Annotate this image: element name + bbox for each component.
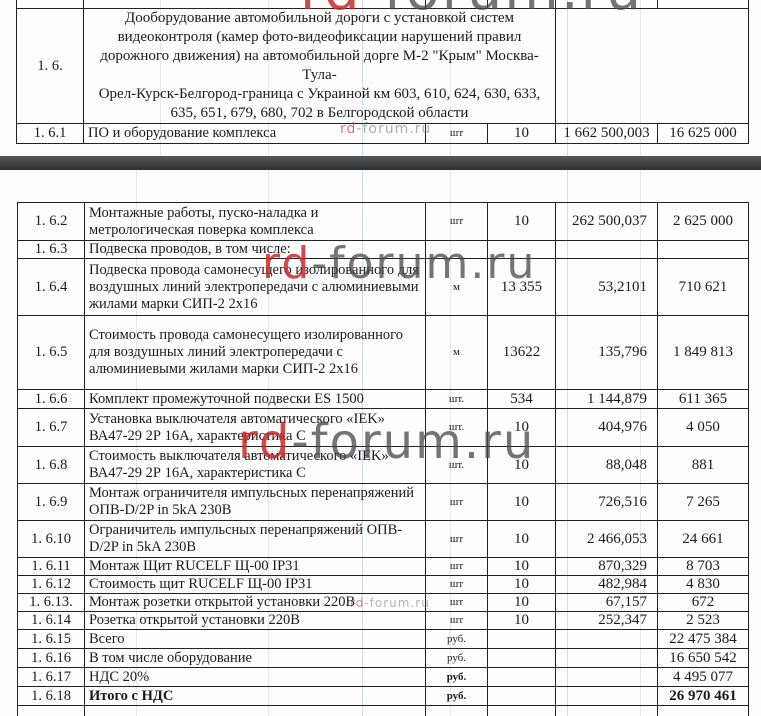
table-row: 1. 6.14Розетка открытой установки 220Вшт…: [18, 612, 749, 630]
row-price: [556, 630, 658, 649]
row-sum: 1 849 813: [658, 316, 749, 390]
row-price: 404,976: [556, 409, 658, 447]
row-number: 1. 6.9: [18, 484, 85, 521]
section-title-line: видеоконтроля (камер фото-видеофиксации …: [88, 28, 551, 47]
row-price: 870,329: [556, 558, 658, 576]
row-price: [556, 241, 658, 259]
document-page-bottom: 1. 6.2Монтажные работы, пуско-наладка и …: [0, 170, 761, 716]
row-unit: шт.: [426, 447, 488, 484]
row-price: 135,796: [556, 316, 658, 390]
row-price: 1 144,879: [556, 390, 658, 409]
row-sum: 22 475 384: [658, 630, 749, 649]
row-price: [556, 687, 658, 706]
section-title: Дооборудование автомобильной дороги с ус…: [84, 9, 556, 124]
document-page-top: 1. 6. Дооборудование автомобильной дорог…: [0, 0, 761, 156]
table-row: 1. 6.10Ограничитель импульсных перенапря…: [18, 521, 749, 558]
row-qty: 534: [488, 390, 556, 409]
row-name: Монтажные работы, пуско-наладка и метрол…: [85, 203, 426, 241]
section-title-line: 635, 651, 679, 680, 702 в Белгородской о…: [88, 104, 551, 123]
row-name: Подвеска проводов, в том числе:: [85, 241, 426, 259]
row-name: Итого с НДС: [85, 687, 426, 706]
row-sum: 2 523: [658, 612, 749, 630]
row-qty: 10: [488, 521, 556, 558]
row-sum: 2 625 000: [658, 203, 749, 241]
row-name: Комплект промежуточной подвески ES 1500: [85, 390, 426, 409]
row-qty: 13622: [488, 316, 556, 390]
table-row: 1. 6.9Монтаж ограничителя импульсных пер…: [18, 484, 749, 521]
table-row: 1. 6.16В том числе оборудованиеруб.16 65…: [18, 649, 749, 668]
row-qty: 10: [488, 203, 556, 241]
row-unit: шт: [426, 124, 488, 144]
row-number: 1. 6.7: [18, 409, 85, 447]
estimate-table-top: 1. 6. Дооборудование автомобильной дорог…: [16, 0, 749, 144]
row-number: 1. 6.13.: [18, 594, 85, 612]
row-name: Подвеска провода самонесущего изолирован…: [85, 259, 426, 316]
row-price: 67,157: [556, 594, 658, 612]
table-row-empty: [18, 706, 749, 716]
row-qty: 10: [488, 124, 556, 144]
row-price: [556, 668, 658, 687]
row-unit: [426, 241, 488, 259]
row-number: 1. 6.8: [18, 447, 85, 484]
row-sum: 24 661: [658, 521, 749, 558]
row-name: Розетка открытой установки 220В: [85, 612, 426, 630]
table-row: 1. 6.15Всегоруб.22 475 384: [18, 630, 749, 649]
row-name: Монтаж розетки открытой установки 220В: [85, 594, 426, 612]
row-qty: 10: [488, 558, 556, 576]
row-sum: 26 970 461: [658, 687, 749, 706]
row-price: 88,048: [556, 447, 658, 484]
row-name: Стоимость щит RUCELF Щ-00 IP31: [85, 576, 426, 594]
row-name: Всего: [85, 630, 426, 649]
estimate-table-bottom: 1. 6.2Монтажные работы, пуско-наладка и …: [17, 202, 749, 716]
row-qty: 10: [488, 612, 556, 630]
section-row: 1. 6. Дооборудование автомобильной дорог…: [17, 9, 749, 124]
row-name: В том числе оборудование: [85, 649, 426, 668]
row-sum: 611 365: [658, 390, 749, 409]
row-sum: [658, 241, 749, 259]
page-separator: [0, 156, 761, 170]
section-title-line: Дооборудование автомобильной дороги с ус…: [88, 9, 551, 28]
row-price: 262 500,037: [556, 203, 658, 241]
row-unit: шт: [426, 594, 488, 612]
row-number: 1. 6.10: [18, 521, 85, 558]
row-qty: 10: [488, 484, 556, 521]
row-number: 1. 6.5: [18, 316, 85, 390]
row-sum: 4 050: [658, 409, 749, 447]
table-row: 1. 6.4Подвеска провода самонесущего изол…: [18, 259, 749, 316]
table-row-partial: [17, 0, 749, 9]
row-number: 1. 6.18: [18, 687, 85, 706]
row-price: 2 466,053: [556, 521, 658, 558]
row-price: 53,2101: [556, 259, 658, 316]
row-qty: 13 355: [488, 259, 556, 316]
row-number: 1. 6.1: [17, 124, 84, 144]
table-row: 1. 6.8Стоимость выключателя автоматическ…: [18, 447, 749, 484]
row-name: Стоимость выключателя автоматического «I…: [85, 447, 426, 484]
row-sum: 16 650 542: [658, 649, 749, 668]
row-number: 1. 6.15: [18, 630, 85, 649]
row-sum: 710 621: [658, 259, 749, 316]
row-qty: 10: [488, 594, 556, 612]
row-qty: 10: [488, 447, 556, 484]
table-row: 1. 6.12Стоимость щит RUCELF Щ-00 IP31шт1…: [18, 576, 749, 594]
section-title-line: дорожного движения) на автомобильной дор…: [88, 47, 551, 85]
row-unit: руб.: [426, 687, 488, 706]
row-number: 1. 6.12: [18, 576, 85, 594]
row-unit: шт: [426, 558, 488, 576]
row-unit: руб.: [426, 649, 488, 668]
row-sum: 4 830: [658, 576, 749, 594]
table-row: 1. 6.17НДС 20%руб.4 495 077: [18, 668, 749, 687]
table-row: 1. 6.13.Монтаж розетки открытой установк…: [18, 594, 749, 612]
row-sum: 881: [658, 447, 749, 484]
table-row: 1. 6.11Монтаж Щит RUCELF Щ-00 IP31шт1087…: [18, 558, 749, 576]
row-number: 1. 6.2: [18, 203, 85, 241]
row-name: Установка выключателя автоматического «I…: [85, 409, 426, 447]
row-unit: шт.: [426, 390, 488, 409]
row-price: 1 662 500,003: [556, 124, 658, 144]
row-number: 1. 6.17: [18, 668, 85, 687]
table-row: 1. 6.3Подвеска проводов, в том числе:: [18, 241, 749, 259]
row-sum: 4 495 077: [658, 668, 749, 687]
row-name: Монтаж ограничителя импульсных перенапря…: [85, 484, 426, 521]
section-title-line: Орел-Курск-Белгород-граница с Украиной к…: [88, 85, 551, 104]
row-sum: 8 703: [658, 558, 749, 576]
row-price: 252,347: [556, 612, 658, 630]
row-name: Монтаж Щит RUCELF Щ-00 IP31: [85, 558, 426, 576]
row-price: 482,984: [556, 576, 658, 594]
row-unit: шт: [426, 203, 488, 241]
row-unit: руб.: [426, 630, 488, 649]
table-row: 1. 6.5Стоимость провода самонесущего изо…: [18, 316, 749, 390]
row-price: [556, 649, 658, 668]
row-unit: шт: [426, 521, 488, 558]
row-qty: [488, 630, 556, 649]
row-qty: [488, 687, 556, 706]
row-sum: 672: [658, 594, 749, 612]
table-row: 1. 6.1 ПО и оборудование комплекса шт 10…: [17, 124, 749, 144]
row-unit: руб.: [426, 668, 488, 687]
row-unit: шт: [426, 484, 488, 521]
row-name: ПО и оборудование комплекса: [84, 124, 426, 144]
row-qty: [488, 241, 556, 259]
row-number: 1. 6.11: [18, 558, 85, 576]
row-sum: 16 625 000: [658, 124, 749, 144]
row-unit: шт.: [426, 409, 488, 447]
table-row: 1. 6.2Монтажные работы, пуско-наладка и …: [18, 203, 749, 241]
row-unit: шт: [426, 576, 488, 594]
row-unit: м: [426, 316, 488, 390]
row-name: Ограничитель импульсных перенапряжений О…: [85, 521, 426, 558]
row-number: 1. 6.6: [18, 390, 85, 409]
row-number: 1. 6.3: [18, 241, 85, 259]
row-number: 1. 6.14: [18, 612, 85, 630]
section-number: 1. 6.: [17, 9, 84, 124]
row-sum: 7 265: [658, 484, 749, 521]
row-name: НДС 20%: [85, 668, 426, 687]
table-row: 1. 6.18Итого с НДСруб.26 970 461: [18, 687, 749, 706]
row-qty: [488, 649, 556, 668]
row-number: 1. 6.16: [18, 649, 85, 668]
row-number: 1. 6.4: [18, 259, 85, 316]
row-qty: 10: [488, 409, 556, 447]
row-name: Стоимость провода самонесущего изолирова…: [85, 316, 426, 390]
table-row: 1. 6.6Комплект промежуточной подвески ES…: [18, 390, 749, 409]
row-price: 726,516: [556, 484, 658, 521]
row-qty: 10: [488, 576, 556, 594]
row-unit: м: [426, 259, 488, 316]
table-row: 1. 6.7Установка выключателя автоматическ…: [18, 409, 749, 447]
row-qty: [488, 668, 556, 687]
row-unit: шт: [426, 612, 488, 630]
